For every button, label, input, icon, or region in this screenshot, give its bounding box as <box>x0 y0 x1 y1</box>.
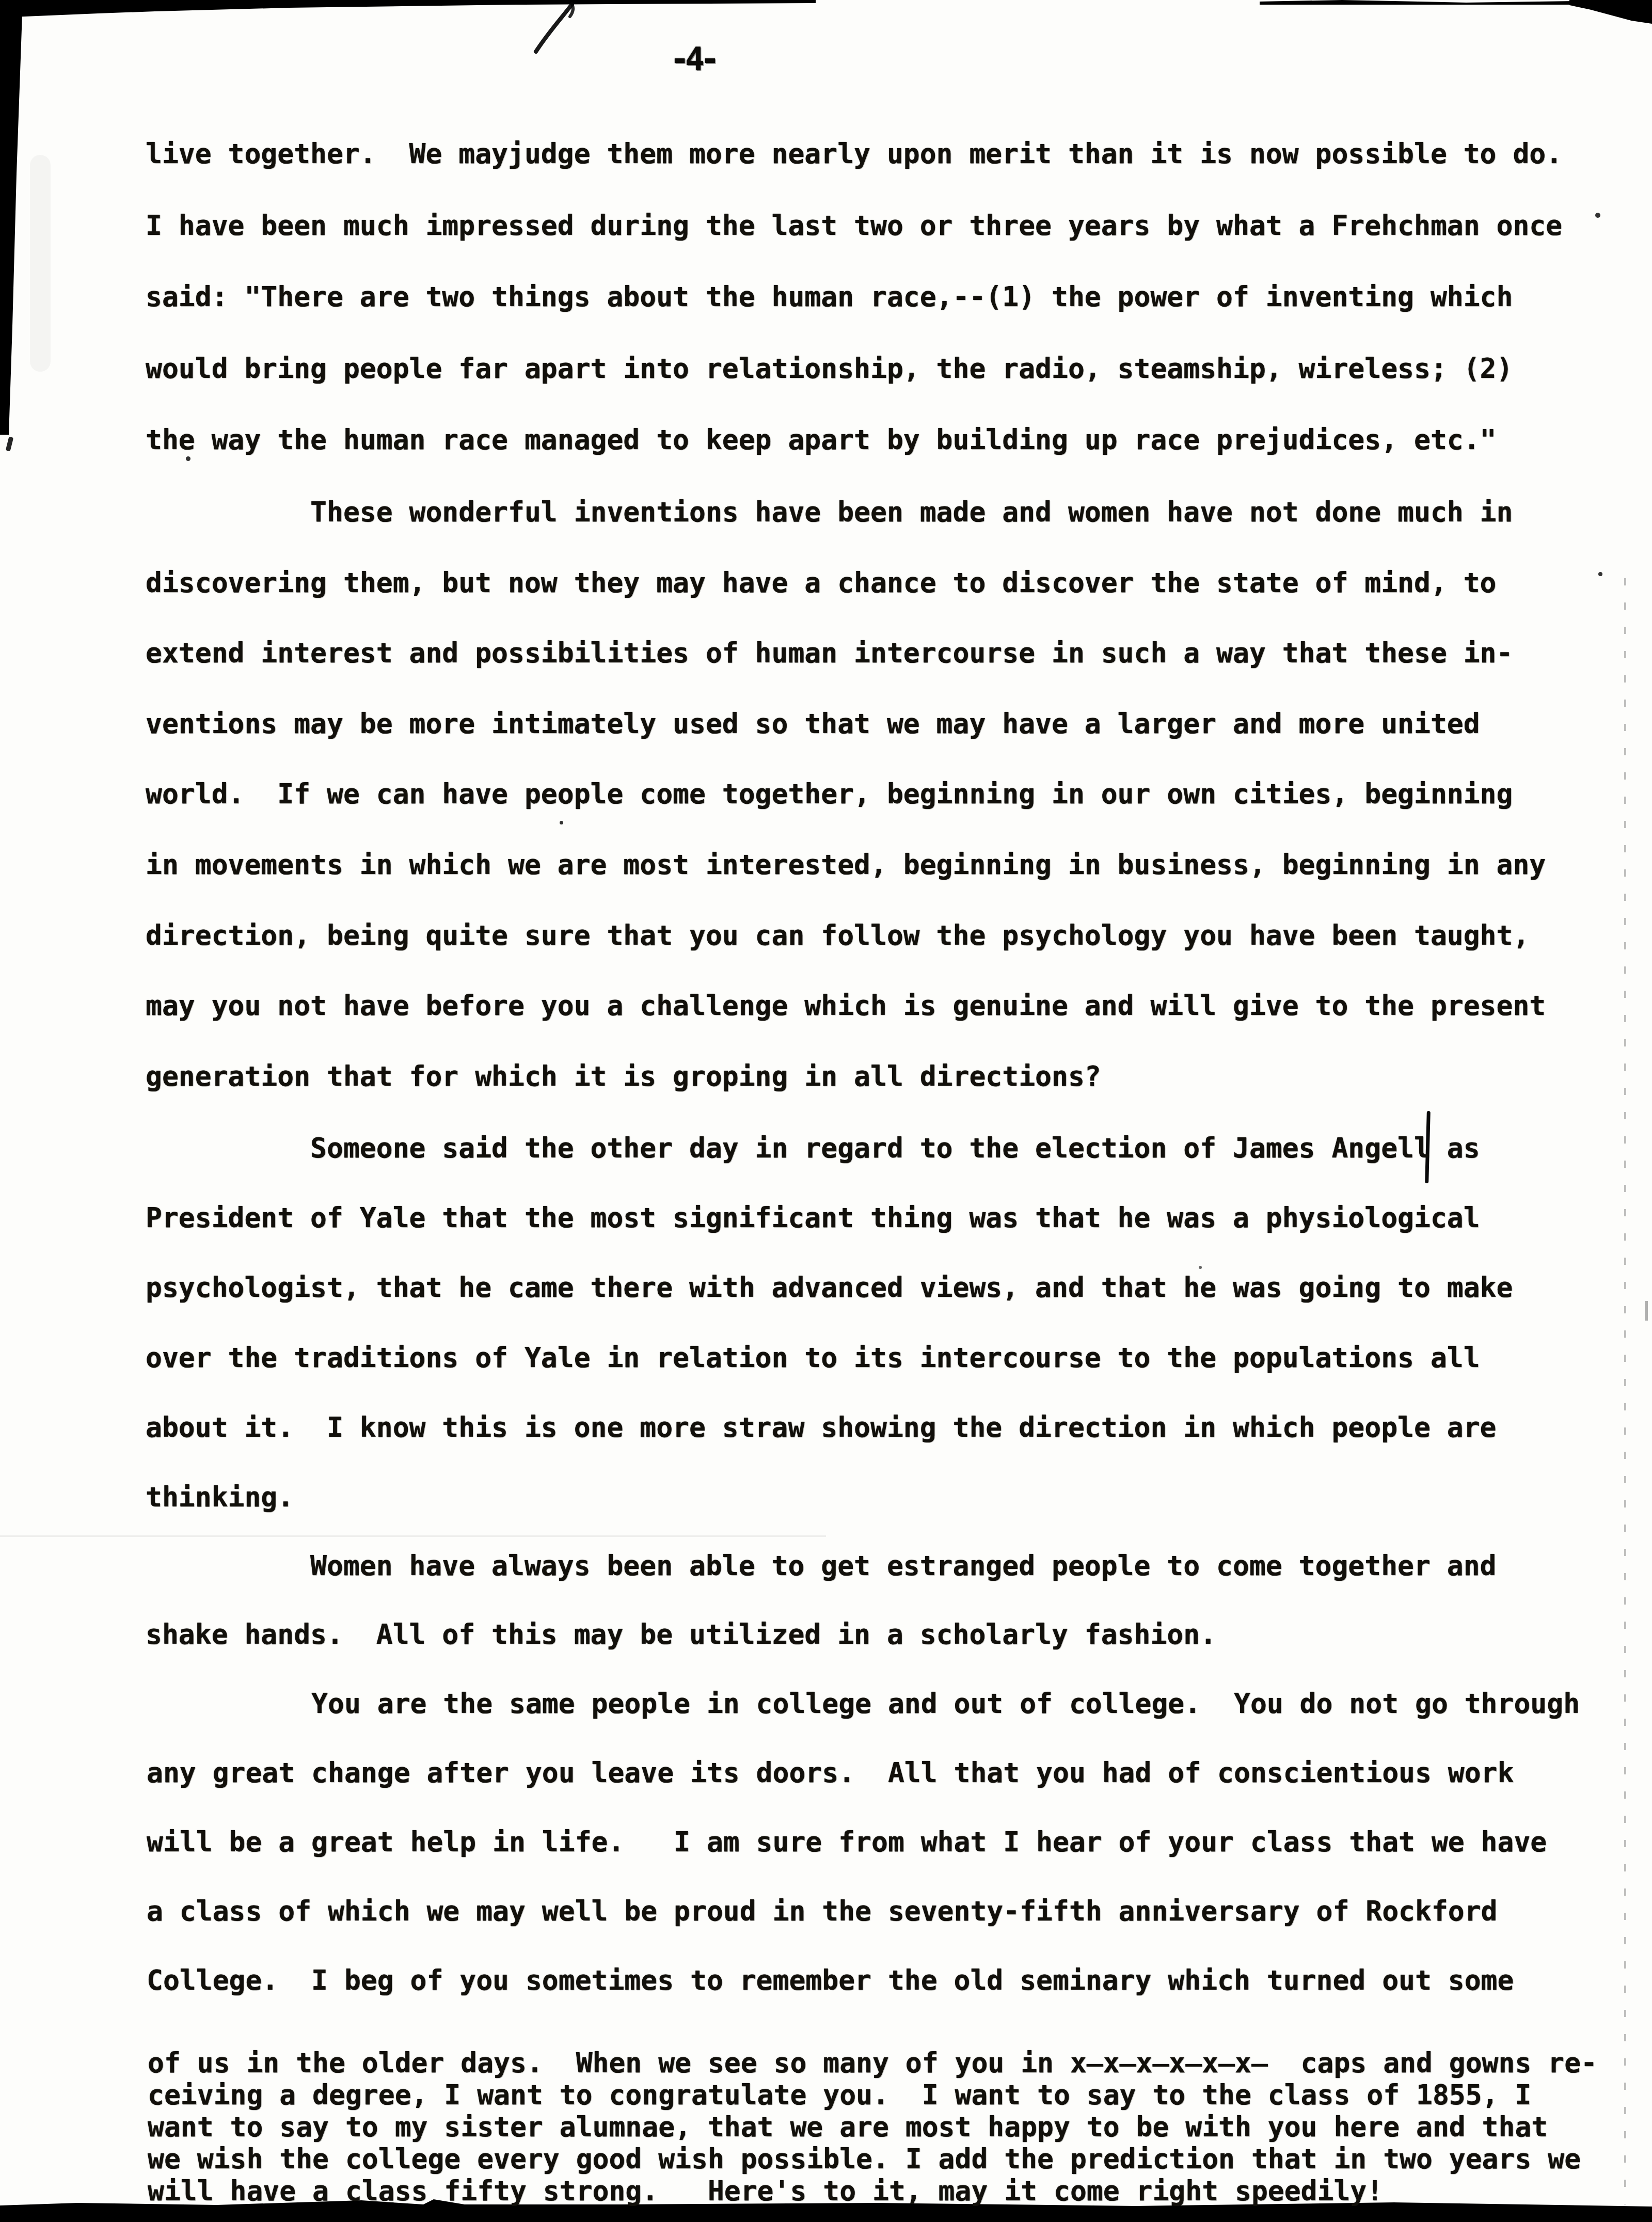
typed-line-p2-3: extend interest and possibilities of hum… <box>146 640 1513 667</box>
typed-line-p2-5: world. If we can have people come togeth… <box>146 781 1513 808</box>
pen-stroke-diagonal-icon <box>522 1 584 58</box>
page-number: -4- <box>670 43 716 75</box>
typed-line-p1-1: live together. We mayjudge them more nea… <box>146 140 1562 168</box>
typed-line-p2-1: These wonderful inventions have been mad… <box>146 499 1513 526</box>
scan-edge-left <box>0 0 23 435</box>
ink-tick-left-margin <box>6 436 14 451</box>
ink-speck <box>1199 1266 1202 1269</box>
typed-line-p1-2: I have been much impressed during the la… <box>146 212 1562 240</box>
scan-edge-top-left <box>0 0 816 21</box>
typed-line-p2-6: in movements in which we are most intere… <box>146 851 1546 879</box>
typed-line-p3-5: about it. I know this is one more straw … <box>146 1414 1497 1441</box>
typed-line-p2-2: discovering them, but now they may have … <box>146 569 1497 597</box>
ink-speck <box>1598 572 1602 576</box>
typed-line-p4-2: shake hands. All of this may be utilized… <box>146 1621 1216 1648</box>
typed-line-p2-4: ventions may be more intimately used so … <box>146 710 1480 738</box>
paper-smudge <box>30 155 51 372</box>
ink-speck <box>560 821 563 824</box>
typed-line-p1-5: the way the human race managed to keep a… <box>146 426 1497 454</box>
typed-line-p3-4: over the traditions of Yale in relation … <box>146 1344 1480 1372</box>
typed-line-p5-2: any great change after you leave its doo… <box>147 1759 1514 1787</box>
paper-crease-line <box>0 1535 826 1537</box>
typed-line-p1-3: said: "There are two things about the hu… <box>146 283 1513 311</box>
typed-line-p3-3: psychologist, that he came there with ad… <box>146 1274 1513 1302</box>
typed-line-p5-3: will be a great help in life. I am sure … <box>147 1829 1547 1856</box>
typed-line-p2-8: may you not have before you a challenge … <box>146 992 1546 1020</box>
typed-line-p5-1: You are the same people in college and o… <box>147 1690 1580 1718</box>
scanned-typewritten-page: -4- live together. We mayjudge them more… <box>0 0 1652 2222</box>
typed-line-p4-1: Women have always been able to get estra… <box>146 1552 1497 1580</box>
typed-line-p3-6: thinking. <box>146 1484 294 1511</box>
typed-line-p1-4: would bring people far apart into relati… <box>146 355 1513 383</box>
ink-speck <box>1595 213 1600 218</box>
fold-mark-right-margin <box>1624 578 1626 2204</box>
typed-line-p5-5: College. I beg of you sometimes to remem… <box>147 1967 1514 1994</box>
scan-edge-top-right <box>1260 0 1575 5</box>
ink-speck <box>186 456 190 461</box>
typed-line-p2-9: generation that for which it is groping … <box>146 1063 1101 1090</box>
typed-line-p5-4: a class of which we may well be proud in… <box>147 1898 1498 1925</box>
typed-line-p6-1: of us in the older days. When we see so … <box>148 2050 1597 2077</box>
typed-line-p6-5: will have a class fifty strong. Here's t… <box>148 2178 1383 2205</box>
typed-line-p3-1: Someone said the other day in regard to … <box>146 1135 1480 1162</box>
typed-line-p6-4: we wish the college every good wish poss… <box>148 2146 1581 2173</box>
typed-line-p3-2: President of Yale that the most signific… <box>146 1204 1480 1232</box>
scan-corner-top-right <box>1569 0 1652 24</box>
typed-line-p6-3: want to say to my sister alumnae, that w… <box>148 2114 1548 2141</box>
typed-line-p2-7: direction, being quite sure that you can… <box>146 922 1529 949</box>
ink-tick-right-margin <box>1645 1301 1648 1321</box>
typed-line-p6-2: ceiving a degree, I want to congratulate… <box>148 2082 1531 2109</box>
